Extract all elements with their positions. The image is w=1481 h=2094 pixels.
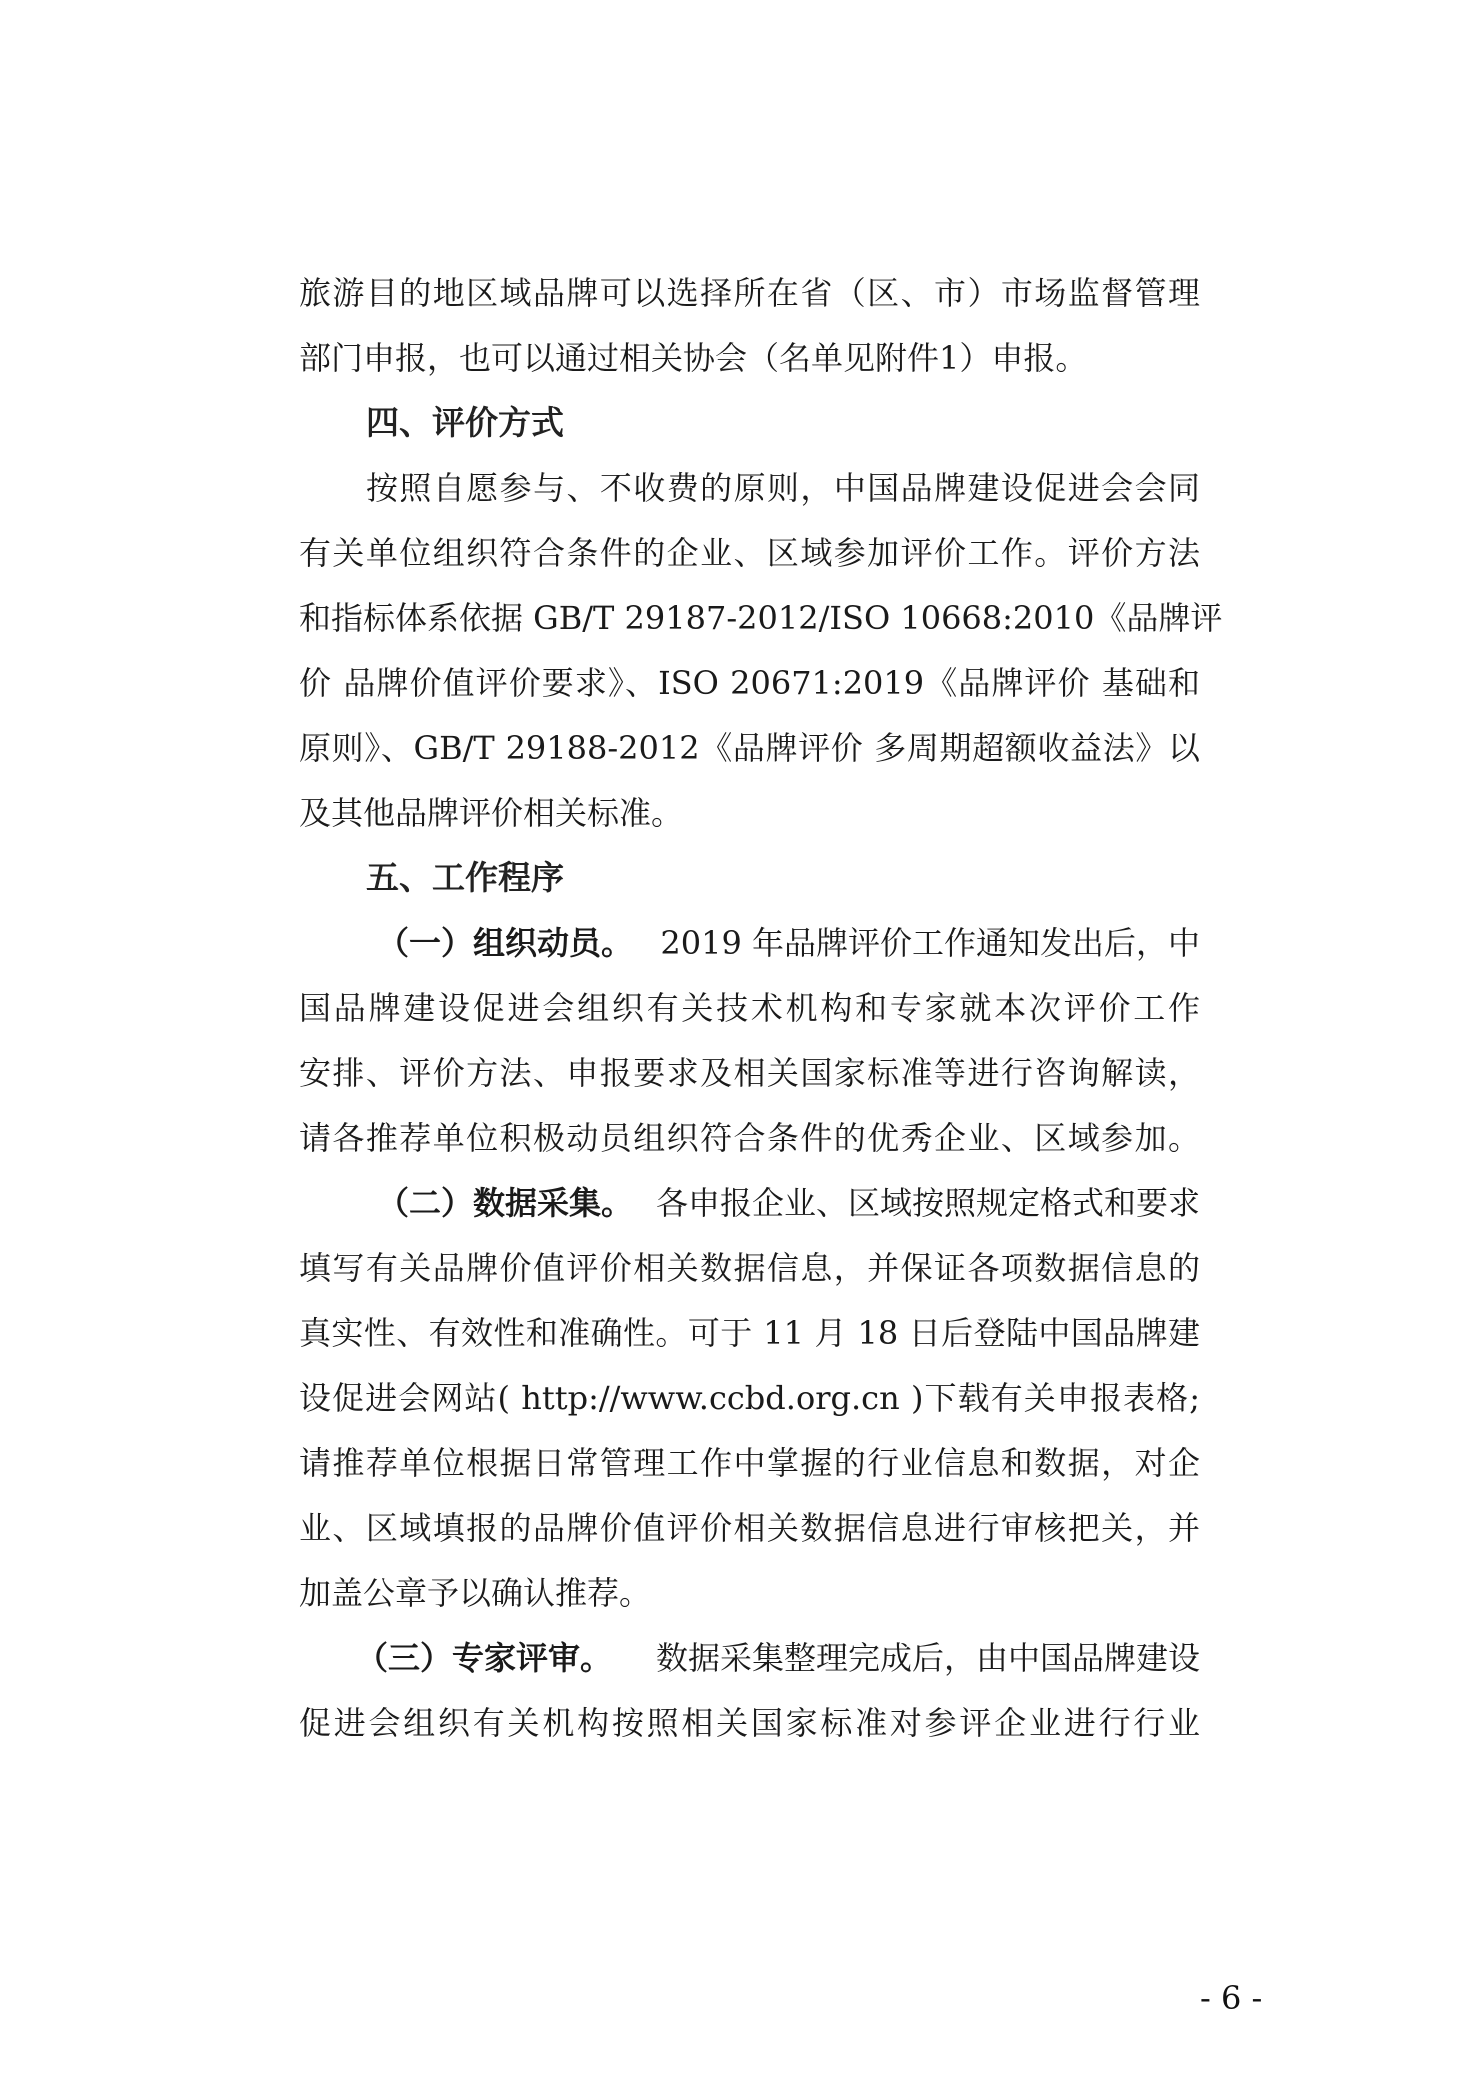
paragraph-line: 价 品牌价值评价要求》、ISO 20671:2019《品牌评价 基础和 <box>299 661 1200 705</box>
step-2-title: （二）数据采集。 <box>377 1181 633 1225</box>
paragraph-line: 业、区域填报的品牌价值评价相关数据信息进行审核把关，并 <box>299 1506 1200 1550</box>
page-number: - 6 - <box>1200 1978 1262 2018</box>
paragraph-line: 填写有关品牌价值评价相关数据信息，并保证各项数据信息的 <box>299 1246 1200 1290</box>
step-1-title: （一）组织动员。 <box>377 921 633 965</box>
paragraph-line: 部门申报，也可以通过相关协会（名单见附件1）申报。 <box>299 336 1200 380</box>
step-1-text: 2019 年品牌评价工作通知发出后，中 <box>660 921 1200 965</box>
step-3-title: （三）专家评审。 <box>356 1636 612 1680</box>
step-3-first-line: （三）专家评审。 数据采集整理完成后，由中国品牌建设 <box>356 1636 1200 1680</box>
paragraph-line: 旅游目的地区域品牌可以选择所在省（区、市）市场监督管理 <box>299 271 1200 315</box>
paragraph-line: 安排、评价方法、申报要求及相关国家标准等进行咨询解读， <box>299 1051 1200 1095</box>
step-3-text: 数据采集整理完成后，由中国品牌建设 <box>656 1636 1200 1680</box>
paragraph-line: 及其他品牌评价相关标准。 <box>299 791 1200 835</box>
paragraph-line: 请各推荐单位积极动员组织符合条件的优秀企业、区域参加。 <box>299 1116 1200 1160</box>
paragraph-line: 真实性、有效性和准确性。可于 11 月 18 日后登陆中国品牌建 <box>299 1311 1200 1355</box>
section-heading-evaluation-method: 四、评价方式 <box>366 401 564 445</box>
paragraph-line: 请推荐单位根据日常管理工作中掌握的行业信息和数据，对企 <box>299 1441 1200 1485</box>
paragraph-line: 按照自愿参与、不收费的原则，中国品牌建设促进会会同 <box>366 466 1200 510</box>
step-1-first-line: （一）组织动员。 2019 年品牌评价工作通知发出后，中 <box>377 921 1200 965</box>
paragraph-line: 原则》、GB/T 29188-2012《品牌评价 多周期超额收益法》以 <box>299 726 1200 770</box>
section-heading-work-procedure: 五、工作程序 <box>366 856 564 900</box>
paragraph-line: 和指标体系依据 GB/T 29187-2012/ISO 10668:2010《品… <box>299 596 1200 640</box>
paragraph-line-url: 设促进会网站( http://www.ccbd.org.cn )下载有关申报表格… <box>299 1376 1200 1420</box>
paragraph-line: 有关单位组织符合条件的企业、区域参加评价工作。评价方法 <box>299 531 1200 575</box>
step-2-text: 各申报企业、区域按照规定格式和要求 <box>656 1181 1200 1225</box>
paragraph-line: 加盖公章予以确认推荐。 <box>299 1571 1200 1615</box>
step-2-first-line: （二）数据采集。 各申报企业、区域按照规定格式和要求 <box>377 1181 1200 1225</box>
document-page: 旅游目的地区域品牌可以选择所在省（区、市）市场监督管理 部门申报，也可以通过相关… <box>0 0 1481 2094</box>
paragraph-line: 国品牌建设促进会组织有关技术机构和专家就本次评价工作 <box>299 986 1200 1030</box>
paragraph-line: 促进会组织有关机构按照相关国家标准对参评企业进行行业 <box>299 1701 1200 1745</box>
